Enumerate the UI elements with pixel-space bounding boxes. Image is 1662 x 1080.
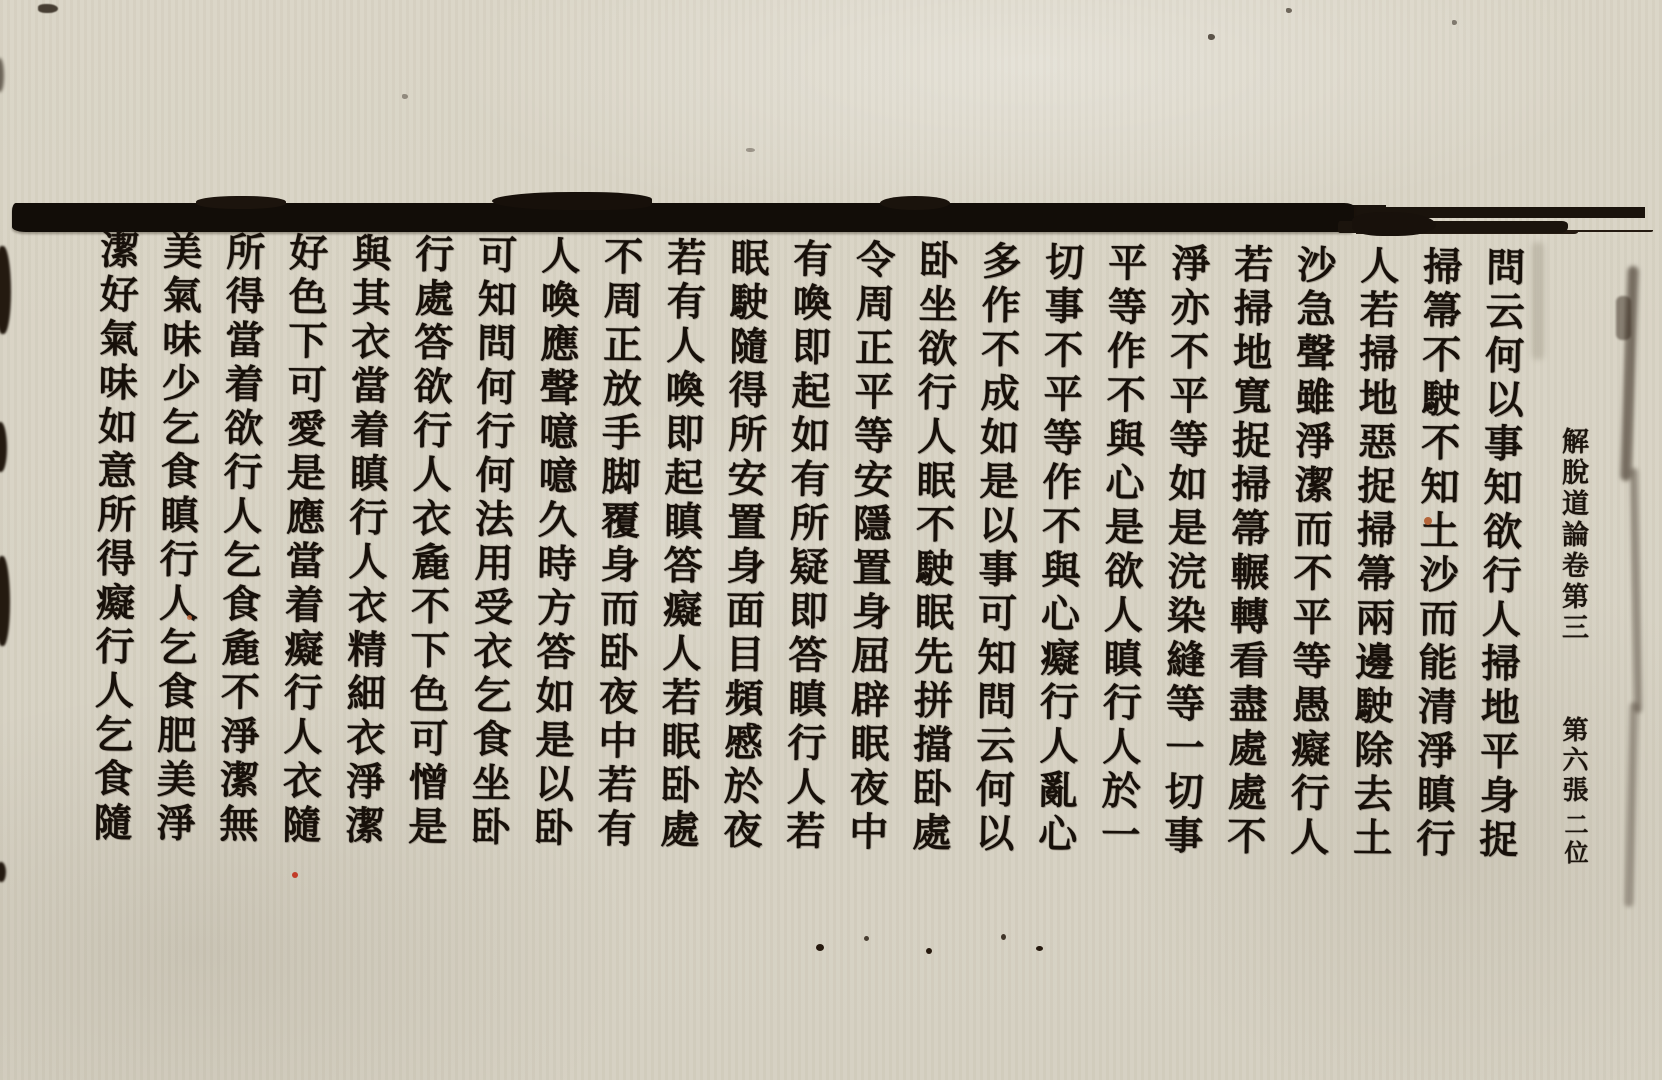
ink-smudge [0, 246, 11, 334]
sheet-label-case-mark: 二位 [1553, 812, 1595, 868]
text-column: 問云何以事知欲行人掃地平身捉 [1472, 246, 1526, 895]
sheet-label-title: 解脫道論卷第三 [1549, 427, 1595, 644]
sheet-label-sheet-number: 第六張 [1551, 716, 1595, 806]
text-column: 人若掃地惡捉掃箒兩邊駛除去土 [1346, 245, 1400, 894]
text-column: 潔好氣味如意所得癡行人乞食隨 [86, 230, 140, 879]
ink-dot [816, 944, 824, 951]
text-column: 與其衣當着瞋行人衣精細衣淨潔 [338, 233, 392, 882]
text-column: 美氣味少乞食瞋行人乞食肥美淨 [149, 230, 203, 879]
ink-dot [1036, 946, 1043, 951]
text-column: 多作不成如是以事可知問云何以 [968, 240, 1022, 889]
text-column: 好色下可愛是應當着癡行人衣隨 [275, 232, 329, 881]
foxing-spot [1424, 517, 1432, 525]
ink-dot [864, 936, 869, 941]
text-column: 若有人喚即起瞋答癡人若眠卧處 [653, 236, 707, 885]
bleed-through-mark [1532, 242, 1544, 360]
text-column: 平等作不與心是欲人瞋行人於一 [1094, 242, 1148, 891]
ink-smudge [38, 4, 58, 13]
ink-smudge [0, 58, 4, 92]
text-column: 有喚即起如有所疑即答瞋行人若 [779, 238, 833, 887]
ink-smudge [0, 862, 6, 882]
text-column: 令周正平等安隱置身屈辟眠夜中 [842, 239, 896, 888]
ink-smudge [0, 422, 7, 472]
ink-speck [402, 94, 408, 99]
top-border-blotch [492, 192, 652, 210]
page-edge-crease [1624, 702, 1638, 907]
ink-speck [1208, 34, 1215, 40]
text-column: 卧坐欲行人眠不駛眠先拼擋卧處 [905, 240, 959, 889]
text-column: 沙急聲雖淨潔而不平等愚癡行人 [1283, 244, 1337, 893]
ink-speck [746, 148, 755, 152]
text-column: 若掃地寬捉掃箒輾轉看盡處處不 [1220, 243, 1274, 892]
text-columns: 問云何以事知欲行人掃地平身捉掃箒不駛不知土沙而能清淨瞋行人若掃地惡捉掃箒兩邊駛除… [86, 230, 1526, 895]
ink-smudge [0, 556, 10, 646]
foxing-spot [187, 615, 192, 620]
top-border-blotch [1352, 212, 1436, 236]
manuscript-page: 問云何以事知欲行人掃地平身捉掃箒不駛不知土沙而能清淨瞋行人若掃地惡捉掃箒兩邊駛除… [0, 0, 1662, 1080]
text-column: 掃箒不駛不知土沙而能清淨瞋行 [1409, 246, 1463, 895]
text-column: 所得當着欲行人乞食麁不淨潔無 [212, 231, 266, 880]
text-column: 切事不平等作不與心癡行人亂心 [1031, 241, 1085, 890]
ink-speck [1452, 20, 1457, 25]
page-edge-crease [1630, 468, 1642, 713]
ink-speck [1286, 8, 1292, 13]
ink-dot [926, 948, 932, 954]
text-column: 行處答欲行人衣麁不下色可憎是 [401, 233, 455, 882]
text-column: 不周正放手脚覆身而卧夜中若有 [590, 236, 644, 885]
text-column: 可知問何行何法用受衣乞食坐卧 [464, 234, 518, 883]
ink-dot [1001, 934, 1006, 940]
text-column: 人喚應聲噫噫久時方答如是以卧 [527, 235, 581, 884]
top-border-blotch [880, 196, 950, 210]
page-edge-crease [1616, 296, 1631, 340]
text-column: 淨亦不平等如是浣染縫等一切事 [1157, 243, 1211, 892]
text-column: 眠駛隨得所安置身面目頻慼於夜 [716, 237, 770, 886]
foxing-spot [292, 872, 298, 878]
top-border-blotch [196, 196, 286, 209]
